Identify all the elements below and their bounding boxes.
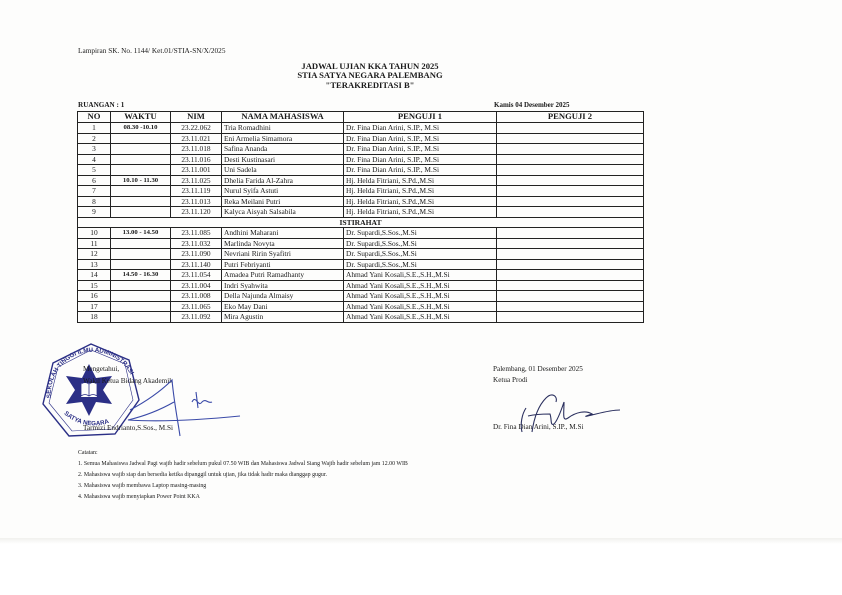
cell-nim: 23.11.120: [171, 207, 222, 218]
table-row: 1223.11.090Nevriani Ririn SyafitriDr. Su…: [78, 249, 644, 260]
cell-nim: 23.11.054: [171, 270, 222, 281]
cell-waktu: 10.10 - 11.30: [111, 175, 171, 186]
cell-no: 16: [78, 291, 111, 302]
cell-penguji-1: Dr. Fina Dian Arini, S.IP., M.Si: [344, 154, 497, 165]
table-row: 423.11.016Desti KustinasariDr. Fina Dian…: [78, 154, 644, 165]
exam-schedule-table: NO WAKTU NIM NAMA MAHASISWA PENGUJI 1 PE…: [77, 111, 644, 323]
cell-penguji-2: [497, 270, 644, 281]
signature-block-right: Palembang, 01 Desember 2025 Ketua Prodi …: [493, 364, 583, 386]
cell-nim: 23.11.025: [171, 175, 222, 186]
scanned-document-page: Lampiran SK. No. 1144/ Ket.01/STIA-SN/X/…: [0, 0, 842, 540]
cell-penguji-1: Dr. Fina Dian Arini, S.IP., M.Si: [344, 144, 497, 155]
cell-waktu: [111, 249, 171, 260]
cell-penguji-1: Ahmad Yani Kosali,S.E.,S.H.,M.Si: [344, 312, 497, 323]
cell-waktu: [111, 291, 171, 302]
cell-penguji-2: [497, 196, 644, 207]
cell-penguji-2: [497, 312, 644, 323]
cell-nim: 23.11.065: [171, 301, 222, 312]
cell-nim: 23.11.018: [171, 144, 222, 155]
header-penguji-1: PENGUJI 1: [344, 112, 497, 123]
cell-no: 2: [78, 133, 111, 144]
cell-nim: 23.11.090: [171, 249, 222, 260]
cell-waktu: [111, 133, 171, 144]
cell-waktu: [111, 259, 171, 270]
cell-nama-mahasiswa: Andhini Maharani: [222, 228, 344, 239]
cell-no: 17: [78, 301, 111, 312]
cell-waktu: 08.30 -10.10: [111, 123, 171, 134]
cell-penguji-1: Hj. Helda Fitriani, S.Pd.,M.Si: [344, 175, 497, 186]
cell-waktu: [111, 301, 171, 312]
table-row: 1414.50 - 16.3023.11.054Amadea Putri Ram…: [78, 270, 644, 281]
cell-no: 11: [78, 238, 111, 249]
cell-waktu: [111, 238, 171, 249]
cell-penguji-2: [497, 144, 644, 155]
cell-waktu: [111, 280, 171, 291]
cell-penguji-2: [497, 165, 644, 176]
header-nama: NAMA MAHASISWA: [222, 112, 344, 123]
table-row: 523.11.001Uni SadelaDr. Fina Dian Arini,…: [78, 165, 644, 176]
cell-nama-mahasiswa: Uni Sadela: [222, 165, 344, 176]
table-body-morning: 108.30 -10.1023.22.062Tria RomadhiniDr. …: [78, 123, 644, 218]
cell-penguji-1: Dr. Supardi,S.Sos.,M.Si: [344, 259, 497, 270]
cell-penguji-2: [497, 228, 644, 239]
table-row: 823.11.013Reka Meilani PutriHj. Helda Fi…: [78, 196, 644, 207]
cell-waktu: [111, 186, 171, 197]
cell-no: 3: [78, 144, 111, 155]
table-header-row: NO WAKTU NIM NAMA MAHASISWA PENGUJI 1 PE…: [78, 112, 644, 123]
cell-penguji-1: Ahmad Yani Kosali,S.E.,S.H.,M.Si: [344, 270, 497, 281]
table-row: 1623.11.008Della Najunda AlmaisyAhmad Ya…: [78, 291, 644, 302]
cell-no: 1: [78, 123, 111, 134]
cell-penguji-1: Ahmad Yani Kosali,S.E.,S.H.,M.Si: [344, 280, 497, 291]
cell-waktu: [111, 154, 171, 165]
cell-penguji-2: [497, 186, 644, 197]
cell-penguji-1: Dr. Fina Dian Arini, S.IP., M.Si: [344, 165, 497, 176]
cell-no: 5: [78, 165, 111, 176]
table-row: 923.11.120Kalyca Aisyah SalsabilaHj. Hel…: [78, 207, 644, 218]
cell-nim: 23.11.001: [171, 165, 222, 176]
header-waktu: WAKTU: [111, 112, 171, 123]
cell-nim: 23.11.016: [171, 154, 222, 165]
cell-penguji-1: Dr. Fina Dian Arini, S.IP., M.Si: [344, 133, 497, 144]
reference-number: Lampiran SK. No. 1144/ Ket.01/STIA-SN/X/…: [78, 46, 225, 55]
table-row: 1523.11.004Indri SyahwitaAhmad Yani Kosa…: [78, 280, 644, 291]
cell-penguji-2: [497, 175, 644, 186]
cell-nim: 23.11.140: [171, 259, 222, 270]
cell-penguji-1: Dr. Supardi,S.Sos.,M.Si: [344, 238, 497, 249]
cell-no: 9: [78, 207, 111, 218]
table-row: 610.10 - 11.3023.11.025Dhelia Farida Al-…: [78, 175, 644, 186]
cell-nim: 23.22.062: [171, 123, 222, 134]
table-row: 723.11.119Nurul Syifa AstutiHj. Helda Fi…: [78, 186, 644, 197]
note-item-3: 3. Mahasiswa wajib membawa Laptop masing…: [78, 481, 408, 492]
cell-no: 6: [78, 175, 111, 186]
note-item-1: 1. Semua Mahasiswa Jadwal Pagi wajib had…: [78, 459, 408, 470]
cell-waktu: 14.50 - 16.30: [111, 270, 171, 281]
cell-waktu: [111, 196, 171, 207]
cell-nim: 23.11.092: [171, 312, 222, 323]
cell-penguji-1: Hj. Helda Fitriani, S.Pd.,M.Si: [344, 196, 497, 207]
cell-penguji-2: [497, 291, 644, 302]
cell-no: 13: [78, 259, 111, 270]
cell-no: 15: [78, 280, 111, 291]
cell-penguji-1: Ahmad Yani Kosali,S.E.,S.H.,M.Si: [344, 301, 497, 312]
cell-nim: 23.11.119: [171, 186, 222, 197]
cell-no: 8: [78, 196, 111, 207]
cell-nama-mahasiswa: Safina Ananda: [222, 144, 344, 155]
table-break-section: ISTIRAHAT: [78, 217, 644, 228]
cell-nama-mahasiswa: Eko May Dani: [222, 301, 344, 312]
cell-nim: 23.11.008: [171, 291, 222, 302]
header-no: NO: [78, 112, 111, 123]
cell-nama-mahasiswa: Nurul Syifa Astuti: [222, 186, 344, 197]
cell-penguji-1: Dr. Supardi,S.Sos.,M.Si: [344, 228, 497, 239]
cell-nama-mahasiswa: Marlinda Novyta: [222, 238, 344, 249]
cell-waktu: [111, 312, 171, 323]
table-row: 1013.00 - 14.5023.11.085Andhini Maharani…: [78, 228, 644, 239]
cell-no: 18: [78, 312, 111, 323]
break-label: ISTIRAHAT: [78, 217, 644, 228]
table-row: 1723.11.065Eko May DaniAhmad Yani Kosali…: [78, 301, 644, 312]
header-nim: NIM: [171, 112, 222, 123]
cell-nama-mahasiswa: Mira Agustin: [222, 312, 344, 323]
exam-date: Kamis 04 Desember 2025: [494, 101, 570, 109]
note-item-4: 4. Mahasiswa wajib menyiapkan Power Poin…: [78, 492, 408, 503]
notes-section: Catatan: 1. Semua Mahasiswa Jadwal Pagi …: [78, 448, 408, 503]
cell-penguji-2: [497, 249, 644, 260]
cell-penguji-1: Hj. Helda Fitriani, S.Pd.,M.Si: [344, 186, 497, 197]
cell-nim: 23.11.013: [171, 196, 222, 207]
sig-right-line-1: Palembang, 01 Desember 2025: [493, 364, 583, 375]
table-row: 1123.11.032Marlinda NovytaDr. Supardi,S.…: [78, 238, 644, 249]
cell-waktu: [111, 144, 171, 155]
cell-penguji-1: Dr. Fina Dian Arini, S.IP., M.Si: [344, 123, 497, 134]
note-item-2: 2. Mahasiswa wajib siap dan bersedia ket…: [78, 470, 408, 481]
cell-penguji-2: [497, 123, 644, 134]
cell-nama-mahasiswa: Putri Febriyanti: [222, 259, 344, 270]
document-title: JADWAL UJIAN KKA TAHUN 2025 STIA SATYA N…: [220, 62, 520, 90]
cell-nama-mahasiswa: Kalyca Aisyah Salsabila: [222, 207, 344, 218]
table-row: 1823.11.092Mira AgustinAhmad Yani Kosali…: [78, 312, 644, 323]
table-row: 108.30 -10.1023.22.062Tria RomadhiniDr. …: [78, 123, 644, 134]
cell-penguji-2: [497, 259, 644, 270]
cell-penguji-2: [497, 133, 644, 144]
cell-penguji-2: [497, 154, 644, 165]
cell-no: 12: [78, 249, 111, 260]
handwritten-signature-left: [100, 372, 250, 442]
title-line-3: "TERAKREDITASI B": [220, 81, 520, 90]
cell-nama-mahasiswa: Dhelia Farida Al-Zahra: [222, 175, 344, 186]
table-row: 223.11.021Eni Armelia SimamoraDr. Fina D…: [78, 133, 644, 144]
sig-right-line-2: Ketua Prodi: [493, 375, 583, 386]
cell-penguji-1: Hj. Helda Fitriani, S.Pd.,M.Si: [344, 207, 497, 218]
cell-nama-mahasiswa: Della Najunda Almaisy: [222, 291, 344, 302]
table-row: 1323.11.140Putri FebriyantiDr. Supardi,S…: [78, 259, 644, 270]
cell-nama-mahasiswa: Indri Syahwita: [222, 280, 344, 291]
handwritten-signature-right: [516, 388, 626, 436]
cell-nama-mahasiswa: Nevriani Ririn Syafitri: [222, 249, 344, 260]
cell-no: 7: [78, 186, 111, 197]
cell-nama-mahasiswa: Tria Romadhini: [222, 123, 344, 134]
cell-nim: 23.11.004: [171, 280, 222, 291]
notes-heading: Catatan:: [78, 448, 408, 459]
break-row: ISTIRAHAT: [78, 217, 644, 228]
table-row: 323.11.018Safina AnandaDr. Fina Dian Ari…: [78, 144, 644, 155]
cell-nim: 23.11.032: [171, 238, 222, 249]
cell-nama-mahasiswa: Desti Kustinasari: [222, 154, 344, 165]
cell-waktu: [111, 207, 171, 218]
cell-nim: 23.11.085: [171, 228, 222, 239]
cell-waktu: [111, 165, 171, 176]
cell-penguji-2: [497, 301, 644, 312]
cell-nama-mahasiswa: Eni Armelia Simamora: [222, 133, 344, 144]
cell-nama-mahasiswa: Amadea Putri Ramadhanty: [222, 270, 344, 281]
cell-penguji-2: [497, 207, 644, 218]
cell-penguji-2: [497, 280, 644, 291]
cell-no: 10: [78, 228, 111, 239]
page-bottom-edge: [0, 538, 842, 544]
cell-waktu: 13.00 - 14.50: [111, 228, 171, 239]
header-penguji-2: PENGUJI 2: [497, 112, 644, 123]
cell-no: 14: [78, 270, 111, 281]
cell-nama-mahasiswa: Reka Meilani Putri: [222, 196, 344, 207]
cell-penguji-1: Dr. Supardi,S.Sos.,M.Si: [344, 249, 497, 260]
cell-penguji-2: [497, 238, 644, 249]
table-body-afternoon: 1013.00 - 14.5023.11.085Andhini Maharani…: [78, 228, 644, 323]
cell-penguji-1: Ahmad Yani Kosali,S.E.,S.H.,M.Si: [344, 291, 497, 302]
cell-no: 4: [78, 154, 111, 165]
room-label: RUANGAN : 1: [78, 101, 124, 109]
cell-nim: 23.11.021: [171, 133, 222, 144]
